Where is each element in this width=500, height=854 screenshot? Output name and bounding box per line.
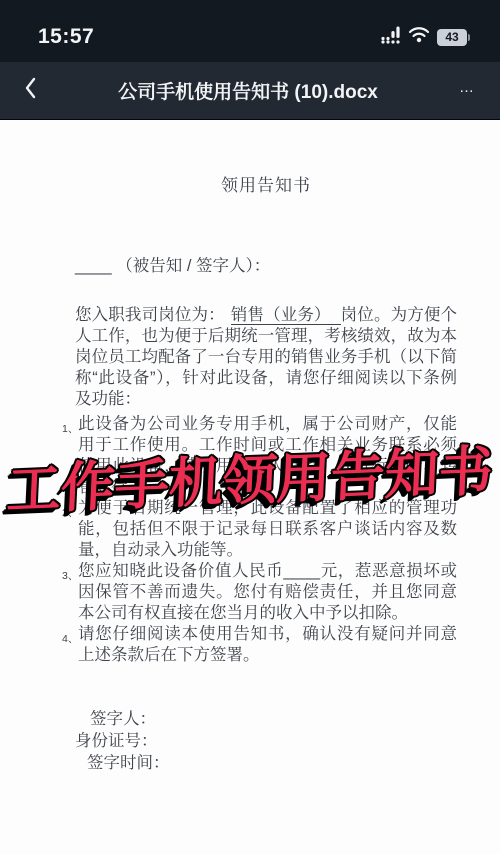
clause-number: 4、 xyxy=(62,629,78,650)
salutation-blank: ____ xyxy=(75,257,112,275)
phone-screen: 15:57 xyxy=(0,0,500,854)
document-heading: 领用告知书 xyxy=(75,120,457,196)
salutation-line: ____ （被告知 / 签字人）： xyxy=(75,256,457,277)
salutation-text: （被告知 / 签字人）： xyxy=(112,257,271,275)
wifi-icon xyxy=(408,26,430,48)
signer-label: 签字人： xyxy=(75,708,457,730)
document-page: 领用告知书 ____ （被告知 / 签字人）： 您入职我司岗位为：销售（业务）岗… xyxy=(0,120,500,853)
back-button[interactable] xyxy=(24,77,54,104)
clause-list: 1、 此设备为公司业务专用手机，属于公司财产，仅能用于工作使用。工作时间或工作相… xyxy=(62,414,457,666)
intro-prefix: 您入职我司岗位为： xyxy=(75,306,225,324)
clause-number: 3、 xyxy=(62,566,78,587)
clause-item-4: 4、 请您仔细阅读本使用告知书，确认没有疑问并同意上述条款后在下方签署。 xyxy=(62,624,457,666)
clause-text: 您应知晓此设备价值人民币____元，惹恶意损坏或因保管不善而遗失。您付有赔偿责任… xyxy=(78,562,457,622)
clause-item-3: 3、 您应知晓此设备价值人民币____元，惹恶意损坏或因保管不善而遗失。您付有赔… xyxy=(62,561,457,624)
clause-text: 为便于后期统一管理，此设备配置了相应的管理功能，包括但不限于记录每日联系客户谈话… xyxy=(78,499,457,559)
battery-nub xyxy=(468,34,470,41)
id-number-label: 身份证号： xyxy=(75,730,457,752)
status-icons: 43 xyxy=(381,25,470,49)
clause-number: 1、 xyxy=(62,419,78,440)
status-bar: 15:57 xyxy=(0,0,500,62)
intro-paragraph: 您入职我司岗位为：销售（业务）岗位。为方便个人工作，也为便于后期统一管理，考核绩… xyxy=(75,305,457,410)
clause-item-2: 2、 为便于后期统一管理，此设备配置了相应的管理功能，包括但不限于记录每日联系客… xyxy=(62,498,457,561)
title-bar: 公司手机使用告知书 (10).docx … xyxy=(0,62,500,120)
document-title: 公司手机使用告知书 (10).docx xyxy=(54,77,442,104)
clause-number: 2、 xyxy=(62,503,78,524)
clause-item-1: 1、 此设备为公司业务专用手机，属于公司财产，仅能用于工作使用。工作时间或工作相… xyxy=(62,414,457,498)
more-menu-button[interactable]: … xyxy=(442,80,476,101)
chevron-left-icon xyxy=(24,77,36,104)
signal-icon xyxy=(381,25,401,49)
clock-text: 15:57 xyxy=(38,25,94,49)
battery-percent-text: 43 xyxy=(437,29,467,46)
sign-time-label: 签字时间： xyxy=(75,752,457,774)
intro-position-underlined: 销售（业务） xyxy=(231,306,341,325)
clause-text: 此设备为公司业务专用手机，属于公司财产，仅能用于工作使用。工作时间或工作相关业务… xyxy=(78,415,457,496)
clause-text: 请您仔细阅读本使用告知书，确认没有疑问并同意上述条款后在下方签署。 xyxy=(78,625,457,664)
battery-icon: 43 xyxy=(437,29,470,46)
signature-block: 签字人： 身份证号： 签字时间： xyxy=(75,708,457,774)
